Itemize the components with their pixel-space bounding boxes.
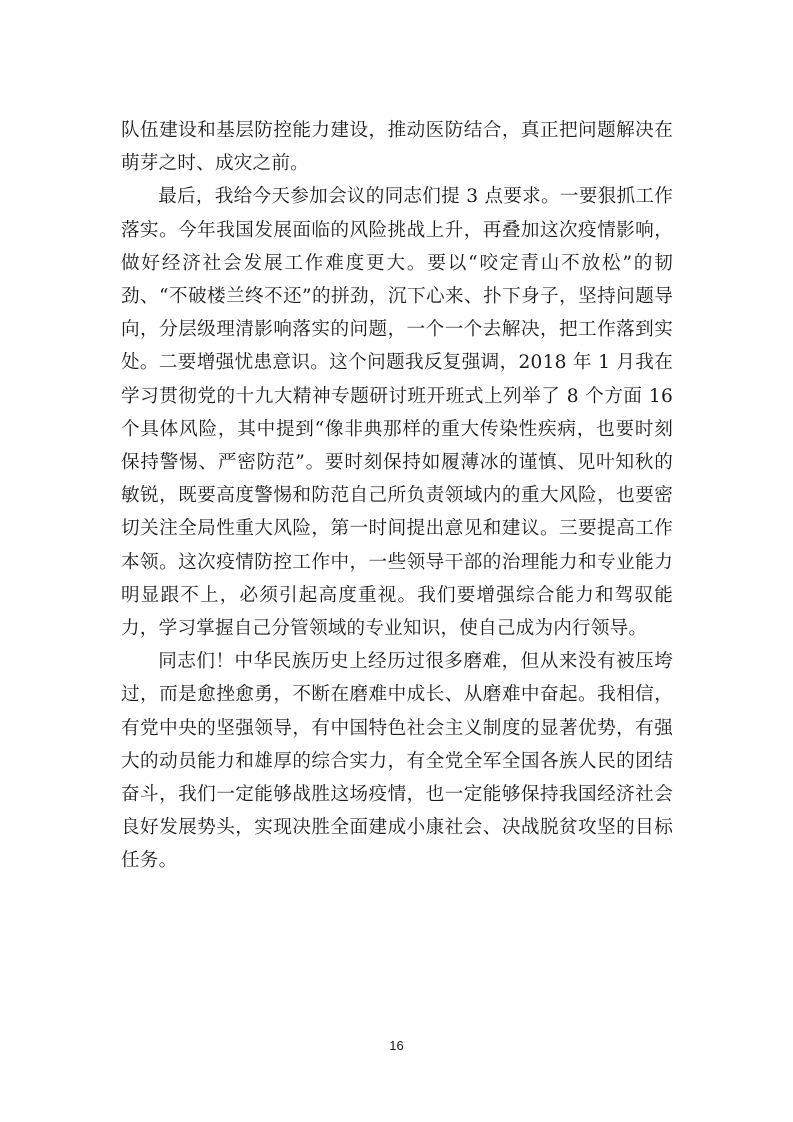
paragraph-continuation: 队伍建设和基层防控能力建设，推动医防结合，真正把问题解决在萌芽之时、成灾之前。 xyxy=(121,114,673,180)
paragraph-requirements: 最后，我给今天参加会议的同志们提 3 点要求。一要狠抓工作落实。今年我国发展面临… xyxy=(121,180,673,645)
document-body: 队伍建设和基层防控能力建设，推动医防结合，真正把问题解决在萌芽之时、成灾之前。 … xyxy=(121,114,673,878)
paragraph-conclusion: 同志们！中华民族历史上经历过很多磨难，但从来没有被压垮过，而是愈挫愈勇，不断在磨… xyxy=(121,645,673,877)
page-number: 16 xyxy=(0,1038,793,1053)
